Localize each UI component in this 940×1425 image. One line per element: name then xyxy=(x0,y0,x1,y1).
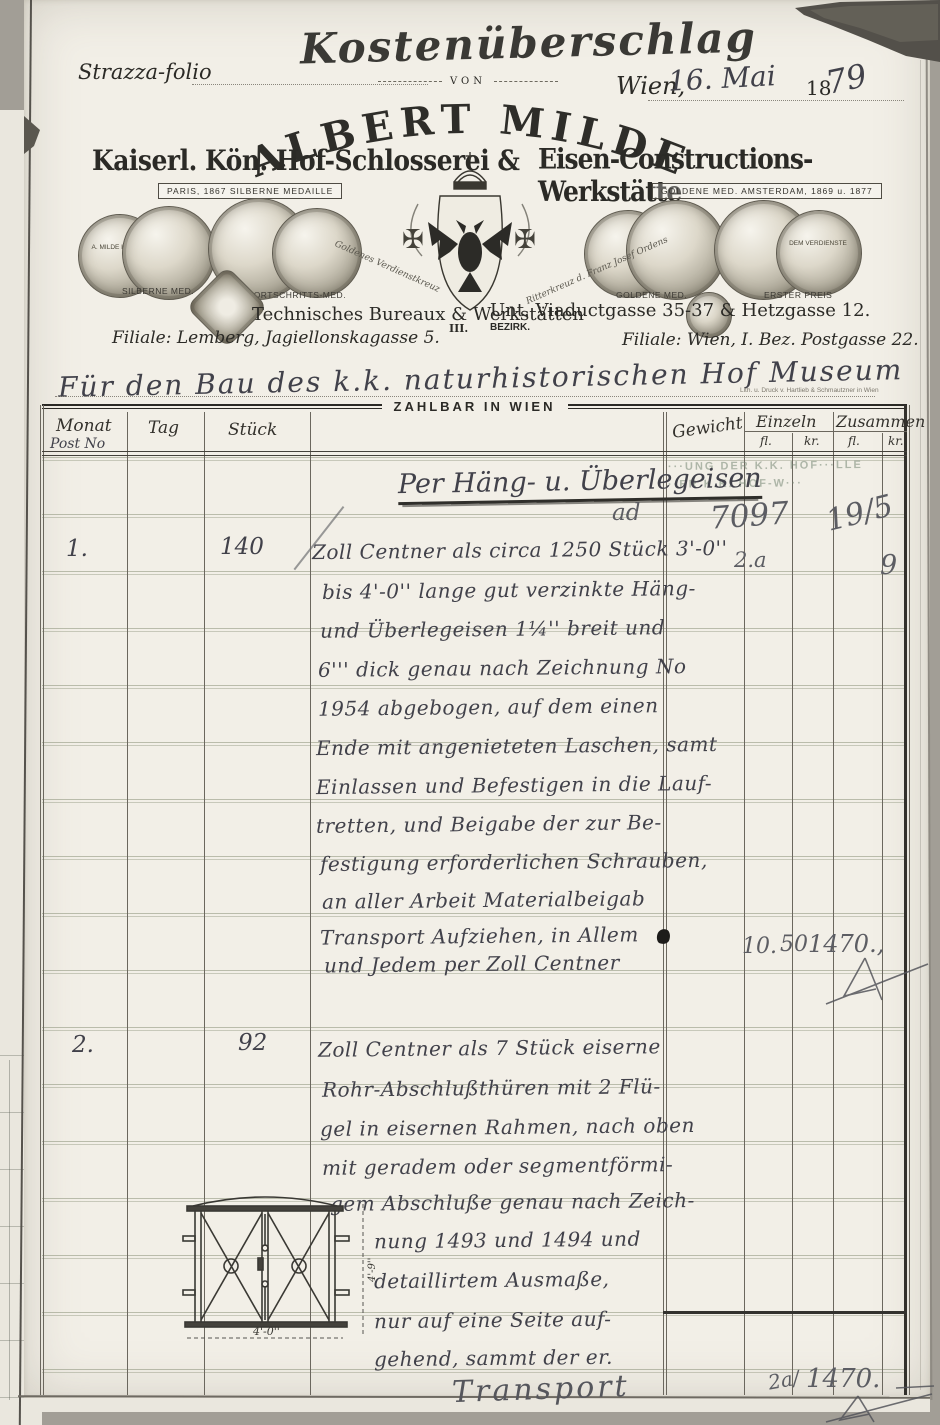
note-ad: ad xyxy=(612,500,640,526)
edge-nick xyxy=(24,116,46,156)
row1-flourish xyxy=(820,952,940,1012)
table-border-left xyxy=(40,405,41,1395)
page-title: Kostenüberschlag xyxy=(299,16,640,74)
row1-line: Transport Aufziehen, in Allem xyxy=(320,922,639,949)
row1-line: an aller Arbeit Materialbeigab xyxy=(322,886,645,913)
row1-pos: 1. xyxy=(66,536,88,562)
col-monat: Monat xyxy=(56,416,112,436)
zusammen-kr: kr. xyxy=(888,434,904,448)
row2-line: nur auf eine Seite auf- xyxy=(374,1307,612,1333)
underlying-grid-line xyxy=(9,1060,10,1400)
row2-line: nung 1493 und 1494 und xyxy=(374,1227,641,1254)
col-post-handwritten: Post No xyxy=(50,436,105,452)
filiale-right: Filiale: Wien, I. Bez. Postgasse 22. xyxy=(622,330,919,350)
row2-line: Zoll Centner als 7 Stück eiserne xyxy=(318,1034,661,1062)
subcol-einzeln-fl-kr xyxy=(792,433,793,1395)
einzeln-fl: fl. xyxy=(760,434,772,448)
page-fold-crease xyxy=(920,60,921,1390)
medal-label-goldene: GOLDENE MED. xyxy=(616,290,687,300)
district-label: BEZIRK. xyxy=(490,322,530,333)
row1-line: Zoll Centner als circa 1250 Stück 3'-0'' xyxy=(312,536,728,564)
cross-medal-right-glyph: ✠ xyxy=(514,225,536,255)
subheader-split-line xyxy=(744,431,907,432)
row1-line: bis 4'-0'' lange gut verzinkte Häng- xyxy=(322,576,696,604)
table-border-right xyxy=(904,405,907,1395)
medal-verdienste-text: DEM VERDIENSTE xyxy=(784,240,852,247)
table-border-left2 xyxy=(43,405,44,1395)
note-number: 7097 xyxy=(709,495,790,536)
payable-label: ZAHLBAR IN WIEN xyxy=(394,399,556,414)
col-zusammen: Zusammen xyxy=(836,412,925,431)
col-divider-monat-tag xyxy=(127,412,128,1395)
row1-line: Ende mit angenieteten Laschen, samt xyxy=(316,732,718,760)
table-border-right2 xyxy=(909,405,910,1395)
col-divider-einzeln-zusammen xyxy=(833,412,834,1395)
drawing-width-label: 4'-0'' xyxy=(252,1325,280,1338)
medal-label-fortschritt: FORTSCHRITTS-MED. xyxy=(248,290,346,300)
einzeln-kr: kr. xyxy=(804,434,820,448)
transport-label: Transport xyxy=(451,1369,630,1410)
col-stueck: Stück xyxy=(228,420,277,440)
row2-line: gel in eisernen Rahmen, nach oben xyxy=(320,1113,695,1141)
section-heading: Per Häng- u. Überlegeisen xyxy=(398,463,762,505)
medal-verdienste xyxy=(776,210,862,296)
row1-einzeln-fl: 10. xyxy=(742,934,777,959)
filiale-left: Filiale: Lemberg, Jagiellonskagasse 5. xyxy=(112,328,440,348)
zusammen-fl: fl. xyxy=(848,434,860,448)
medal-label-silberne: SILBERNE MED. xyxy=(122,286,194,296)
row1-line: Einlassen und Befestigen in die Lauf- xyxy=(316,771,712,799)
district-number: III. xyxy=(449,322,468,335)
row1-einzeln-kr: 50 xyxy=(780,932,808,957)
strazza-folio-line xyxy=(192,66,428,85)
sum-line-heavy xyxy=(663,1311,907,1314)
row1-line: und Überlegeisen 1¼'' breit und xyxy=(320,615,665,643)
top-rule-right xyxy=(568,404,908,409)
col-tag: Tag xyxy=(148,418,179,438)
award-banner-right: GOLDENE MED. AMSTERDAM, 1869 u. 1877 xyxy=(652,183,882,199)
note-sub: 2.a xyxy=(734,548,767,572)
header-bottom-line xyxy=(42,451,907,456)
address-label: Unt. Viaductgasse 35-37 & Hetzgasse 12. xyxy=(490,300,870,321)
row2-line: mit geradem oder segmentförmi- xyxy=(322,1152,673,1180)
row2-line: Rohr-Abschlußthüren mit 2 Flü- xyxy=(322,1074,661,1102)
top-rule-left xyxy=(42,404,382,409)
row2-pos: 2. xyxy=(72,1032,94,1058)
door-drawing: 4'-0'' 4'-9'' xyxy=(175,1186,385,1346)
note-nine: 9 xyxy=(880,550,897,581)
transport-flourish xyxy=(800,1382,940,1425)
cross-medal-left-glyph: ✠ xyxy=(402,225,424,255)
row1-line: 6''' dick genau nach Zeichnung No xyxy=(318,654,687,682)
row1-line: tretten, und Beigabe der zur Be- xyxy=(316,810,662,838)
col-einzeln: Einzeln xyxy=(756,412,816,431)
drawing-height-label: 4'-9'' xyxy=(367,1258,378,1283)
row2-line: gehend, sammt der er. xyxy=(374,1345,613,1372)
row2-stueck: 92 xyxy=(238,1030,267,1056)
printer-imprint: Lith. u. Druck v. Hartlieb & Schmautzner… xyxy=(740,387,879,394)
row1-line: festigung erforderlichen Schrauben, xyxy=(320,848,708,876)
row1-stueck: 140 xyxy=(220,534,264,560)
von-dash-right xyxy=(494,81,558,82)
medal-label-erster: ERSTER PREIS xyxy=(764,290,832,300)
award-banner-left: PARIS, 1867 SILBERNE MEDAILLE xyxy=(158,183,342,199)
row1-line: 1954 abgebogen, auf dem einen xyxy=(318,693,659,721)
row2-line: detaillirtem Ausmaße, xyxy=(374,1267,610,1293)
row1-line: und Jedem per Zoll Centner xyxy=(324,950,620,977)
